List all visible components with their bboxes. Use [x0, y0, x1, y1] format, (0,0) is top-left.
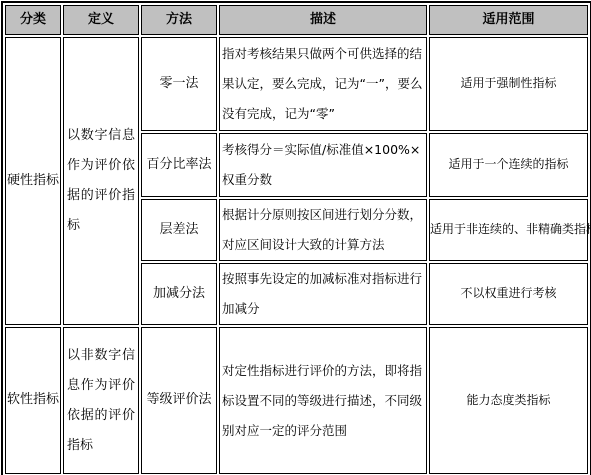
method-cell: 百分比率法 — [141, 133, 217, 197]
indicator-methods-table: 分类 定义 方法 描述 适用范围 硬性指标 以数字信息作为评价依据的评价指标 零… — [1, 1, 591, 475]
scope-cell: 不以权重进行考核 — [429, 263, 588, 325]
scope-cell: 适用于一个连续的指标 — [429, 133, 588, 197]
method-cell: 层差法 — [141, 199, 217, 261]
description-cell: 指对考核结果只做两个可供选择的结果认定，要么完成，记为“一”，要么没有完成，记为… — [219, 37, 427, 131]
method-cell: 零一法 — [141, 37, 217, 131]
col-header-scope: 适用范围 — [429, 5, 588, 35]
col-header-description: 描述 — [219, 5, 427, 35]
definition-cell-hard-indicator: 以数字信息作为评价依据的评价指标 — [63, 37, 139, 325]
description-cell: 考核得分＝实际值/标准值×100%×权重分数 — [219, 133, 427, 197]
col-header-method: 方法 — [141, 5, 217, 35]
scope-cell: 能力态度类指标 — [429, 327, 588, 474]
col-header-category: 分类 — [5, 5, 61, 35]
category-cell-soft-indicator: 软性指标 — [5, 327, 61, 474]
header-row: 分类 定义 方法 描述 适用范围 — [5, 5, 588, 35]
table-row-zero-one: 硬性指标 以数字信息作为评价依据的评价指标 零一法 指对考核结果只做两个可供选择… — [5, 37, 588, 131]
description-cell: 根据计分原则按区间进行划分分数，对应区间设计大致的计算方法 — [219, 199, 427, 261]
method-cell: 加减分法 — [141, 263, 217, 325]
method-cell: 等级评价法 — [141, 327, 217, 474]
scope-cell: 适用于强制性指标 — [429, 37, 588, 131]
description-cell: 对定性指标进行评价的方法，即将指标设置不同的等级进行描述，不同级别对应一定的评分… — [219, 327, 427, 474]
col-header-definition: 定义 — [63, 5, 139, 35]
description-cell: 按照事先设定的加减标准对指标进行加减分 — [219, 263, 427, 325]
table-row-grade-evaluation: 软性指标 以非数字信息作为评价依据的评价指标 等级评价法 对定性指标进行评价的方… — [5, 327, 588, 474]
definition-cell-soft-indicator: 以非数字信息作为评价依据的评价指标 — [63, 327, 139, 474]
scope-cell: 适用于非连续的、非精确类指标 — [429, 199, 588, 261]
category-cell-hard-indicator: 硬性指标 — [5, 37, 61, 325]
page: 分类 定义 方法 描述 适用范围 硬性指标 以数字信息作为评价依据的评价指标 零… — [0, 0, 591, 475]
